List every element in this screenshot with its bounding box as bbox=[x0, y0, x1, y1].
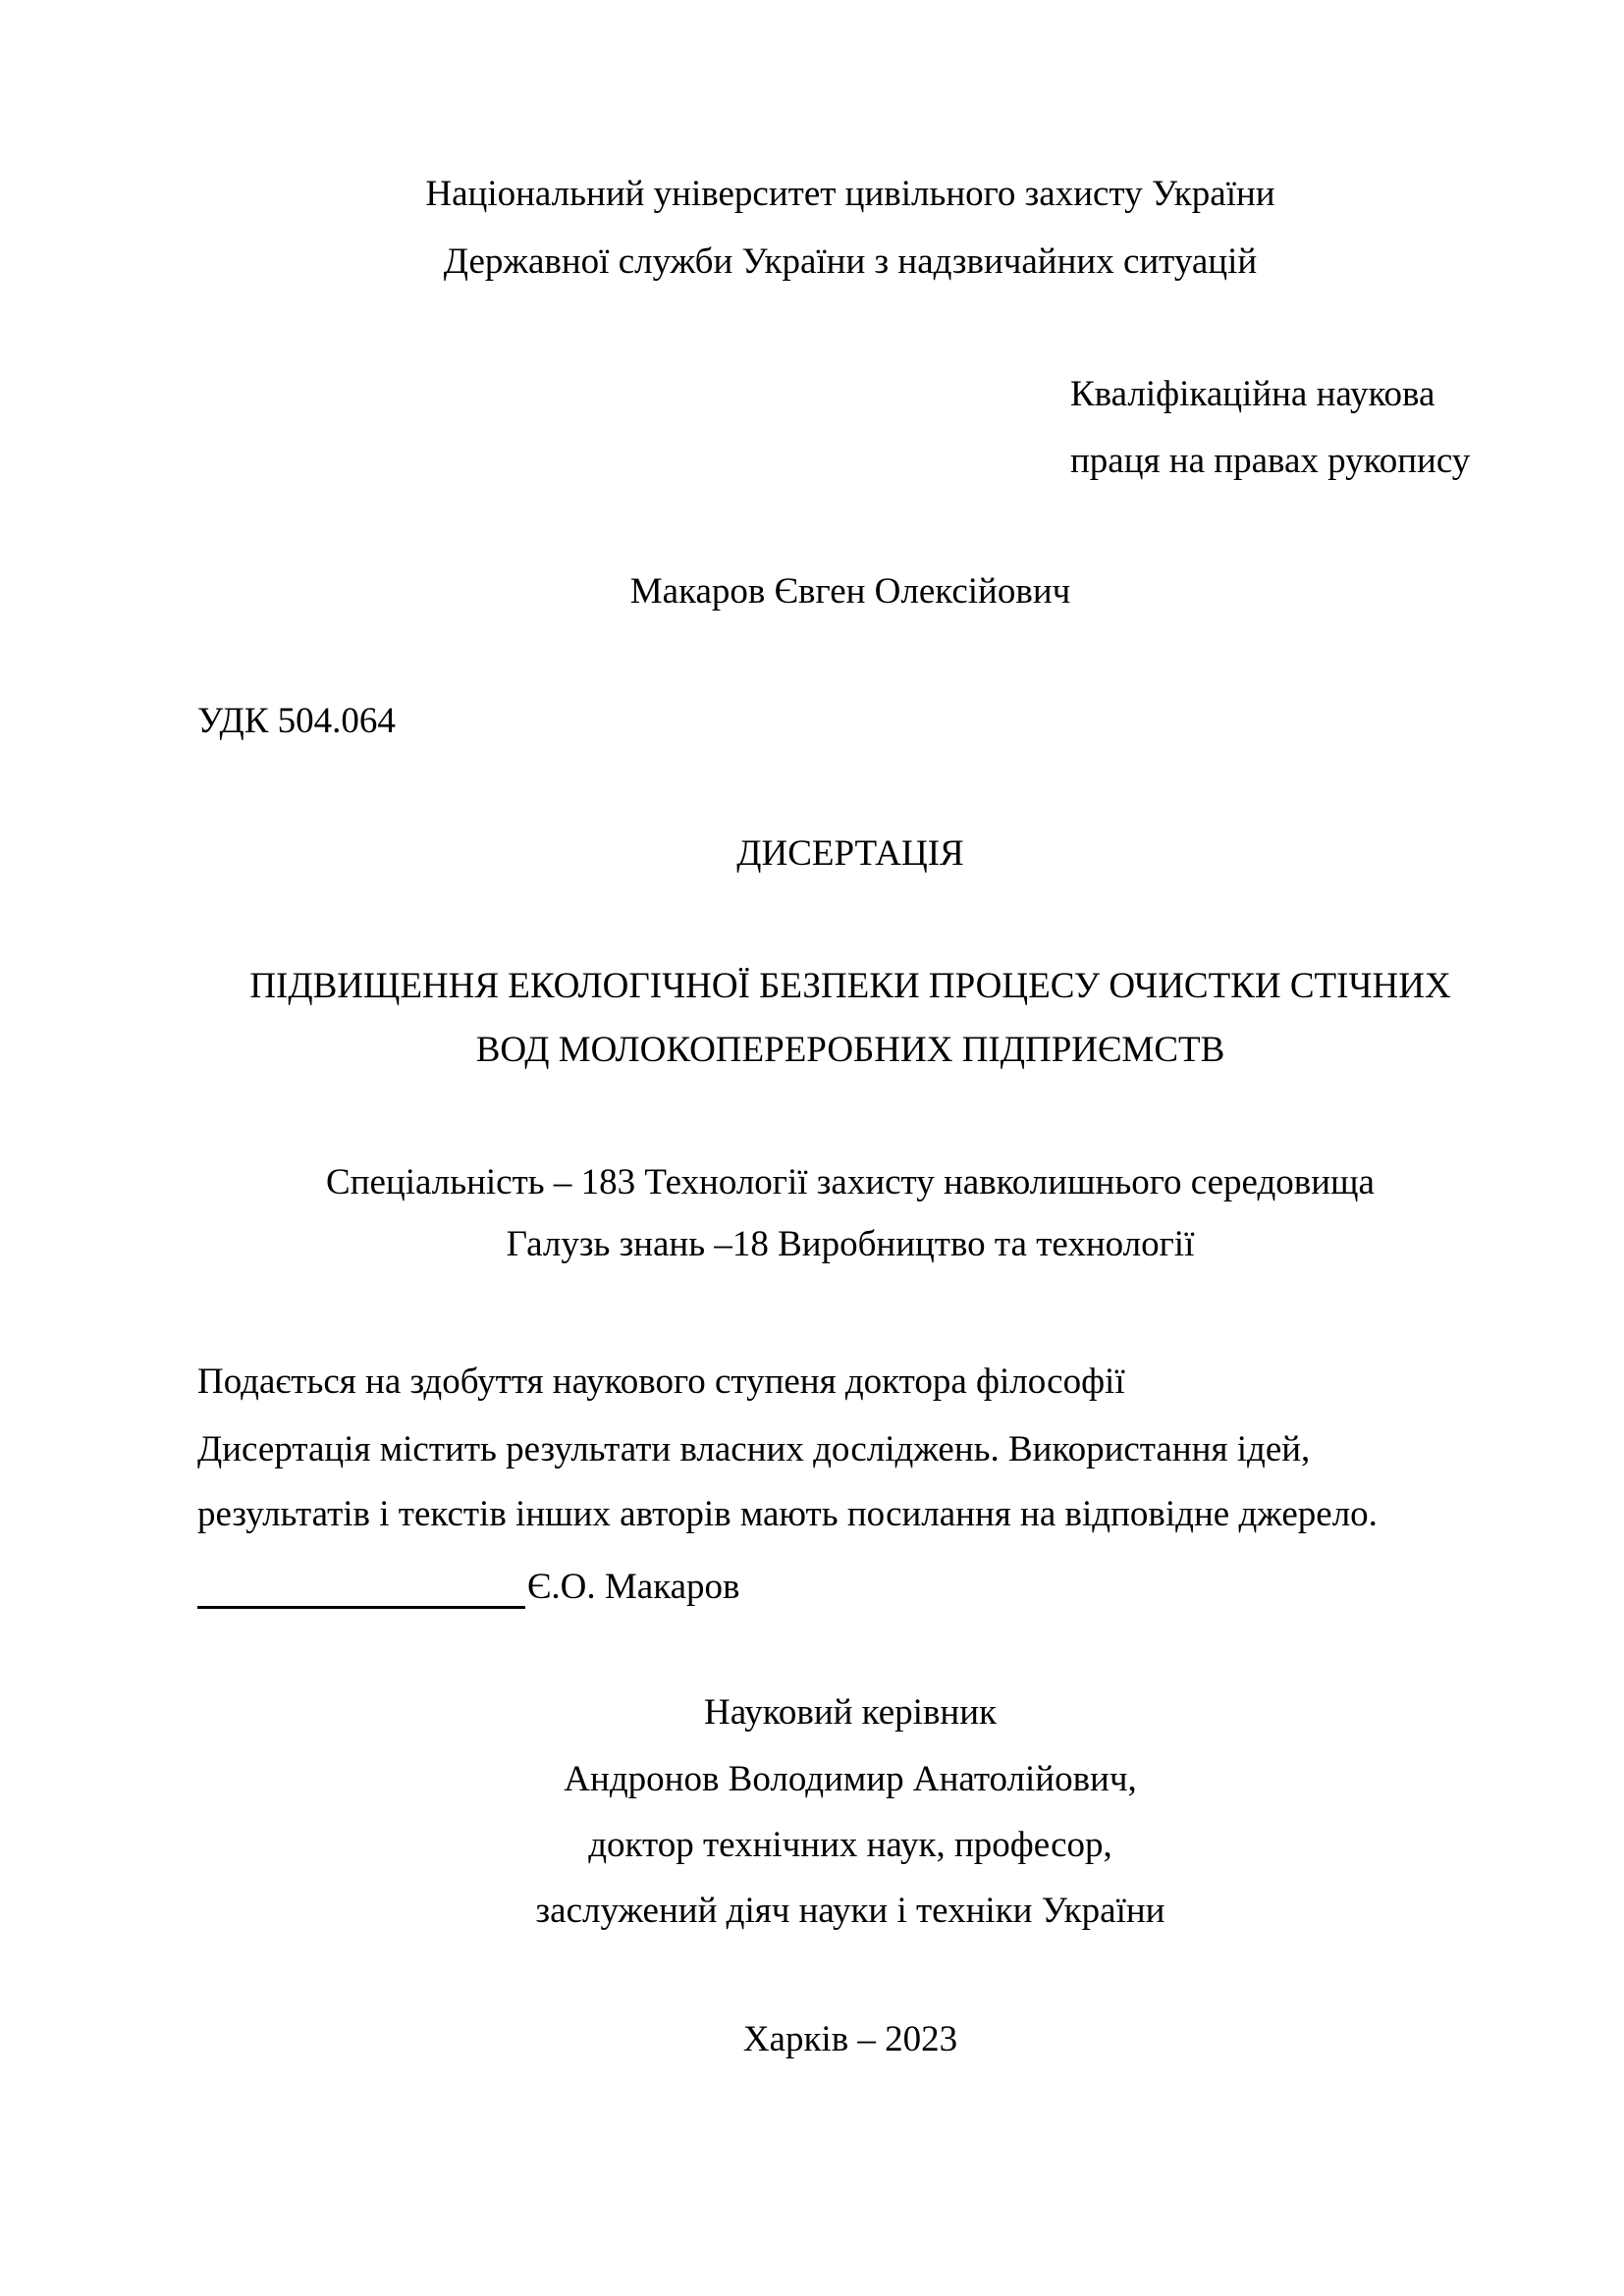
statement-line-1: Подається на здобуття наукового ступеня … bbox=[197, 1361, 1125, 1404]
statement-line-3: результатів і текстів інших авторів мают… bbox=[197, 1493, 1378, 1536]
statement-line-2: Дисертація містить результати власних до… bbox=[197, 1428, 1310, 1471]
manuscript-note-line-2: праця на правах рукопису bbox=[1070, 440, 1470, 483]
signature-name: Є.О. Макаров bbox=[527, 1566, 740, 1609]
institution-line-2: Державної служби України з надзвичайних … bbox=[197, 240, 1503, 284]
udc-code: УДК 504.064 bbox=[197, 700, 396, 743]
supervisor-name: Андронов Володимир Анатолійович, bbox=[197, 1758, 1503, 1801]
supervisor-degree: доктор технічних наук, професор, bbox=[197, 1824, 1503, 1867]
title-line-1: ПІДВИЩЕННЯ ЕКОЛОГІЧНОЇ БЕЗПЕКИ ПРОЦЕСУ О… bbox=[197, 965, 1503, 1008]
city-year: Харків – 2023 bbox=[197, 2018, 1503, 2061]
institution-line-1: Національний університет цивільного захи… bbox=[197, 173, 1503, 216]
specialty-line: Спеціальність – 183 Технології захисту н… bbox=[197, 1161, 1503, 1204]
supervisor-honor: заслужений діяч науки і техніки України bbox=[197, 1890, 1503, 1933]
document-type: ДИСЕРТАЦІЯ bbox=[197, 832, 1503, 876]
field-of-knowledge-line: Галузь знань –18 Виробництво та технолог… bbox=[197, 1223, 1503, 1266]
title-line-2: ВОД МОЛОКОПЕРЕРОБНИХ ПІДПРИЄМСТВ bbox=[197, 1029, 1503, 1072]
signature-row: Є.О. Макаров bbox=[197, 1566, 740, 1609]
supervisor-label: Науковий керівник bbox=[197, 1691, 1503, 1735]
signature-line bbox=[197, 1567, 525, 1609]
author-name: Макаров Євген Олексійович bbox=[197, 570, 1503, 614]
manuscript-note-line-1: Кваліфікаційна наукова bbox=[1070, 373, 1435, 416]
